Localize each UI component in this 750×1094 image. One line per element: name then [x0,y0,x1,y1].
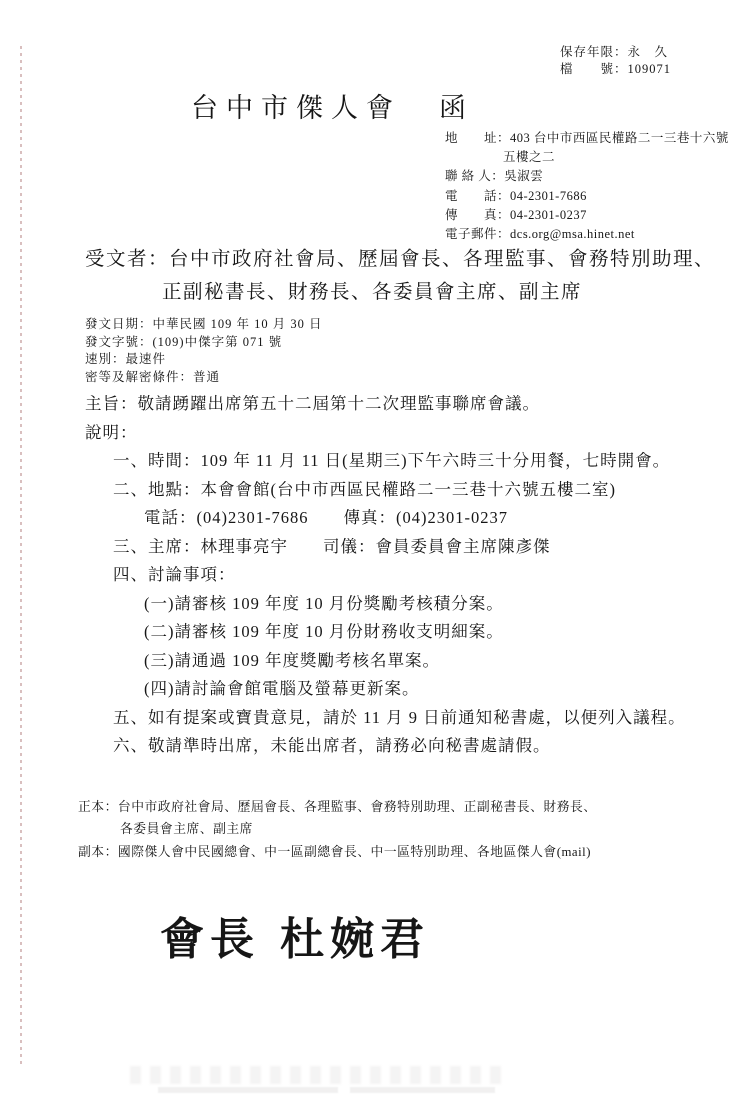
signature-title: 會長 [160,915,260,964]
fax-label: 傳 真： [445,208,510,222]
original-copy-line1: 正本：台中市政府社會局、歷屆會長、各理監事、會務特別助理、正副秘書長、財務長、 [78,796,597,818]
dispatch-speed: 速別：最速件 [85,351,323,369]
address-row: 地 址：403 台中市西區民權路二一三巷十六號 [445,129,729,148]
file-number-value: 109071 [628,62,672,76]
address-value-line1: 403 台中市西區民權路二一三巷十六號 [510,131,729,145]
fax-value: 04-2301-0237 [510,208,587,222]
address-value-line2: 五樓之二 [445,148,729,167]
preserve-period-row: 保存年限：永 久 [560,44,671,61]
phone-label: 電 話： [445,189,510,203]
email-value: dcs.org@msa.hinet.net [510,227,635,241]
email-label: 電子郵件： [445,227,510,241]
official-letter-page: 保存年限：永 久 檔 號：109071 台中市傑人會函 地 址：403 台中市西… [0,0,750,1094]
file-number-row: 檔 號：109071 [560,61,671,78]
signature-name: 杜婉君 [280,915,430,964]
bleed-through-ghost-strip-right [350,1087,495,1093]
item-1-time: 一、時間：109 年 11 月 11 日(星期三)下午六時三十分用餐，七時開會。 [85,447,686,476]
address-label: 地 址： [445,131,510,145]
dispatch-date: 發文日期：中華民國 109 年 10 月 30 日 [85,316,323,334]
original-copy-label: 正本： [78,800,118,814]
recipient-section: 受文者：台中市政府社會局、歷屆會長、各理監事、會務特別助理、 正副秘書長、財務長… [85,243,715,309]
doc-type: 函 [439,93,474,123]
recipient-label: 受文者： [85,249,169,270]
phone-value: 04-2301-7686 [510,189,587,203]
item-5-proposals: 五、如有提案或寶貴意見，請於 11 月 9 日前通知秘書處，以便列入議程。 [85,704,686,733]
explanation-heading: 說明： [85,419,686,448]
dispatch-security: 密等及解密條件：普通 [85,369,323,387]
carbon-copy-value: 國際傑人會中民國總會、中一區副總會長、中一區特別助理、各地區傑人會(mail) [118,845,591,859]
phone-row: 電 話：04-2301-7686 [445,187,729,206]
signature: 會長杜婉君 [160,903,430,967]
topic-2: (二)請審核 109 年度 10 月份財務收支明細案。 [85,618,686,647]
topic-4: (四)請討論會館電腦及螢幕更新案。 [85,675,686,704]
sender-contact-info: 地 址：403 台中市西區民權路二一三巷十六號 五樓之二 聯 絡 人：吳淑雲 電… [445,129,729,244]
subject-line: 主旨：敬請踴躍出席第五十二屆第十二次理監事聯席會議。 [85,390,686,419]
email-row: 電子郵件：dcs.org@msa.hinet.net [445,225,729,244]
org-name: 台中市傑人會 [191,93,401,123]
carbon-copy-line: 副本：國際傑人會中民國總會、中一區副總會長、中一區特別助理、各地區傑人會(mai… [78,841,597,863]
item-4-topics-heading: 四、討論事項： [85,561,686,590]
carbon-copy-label: 副本： [78,845,118,859]
recipient-value-line1: 台中市政府社會局、歷屆會長、各理監事、會務特別助理、 [169,249,715,270]
contact-person-row: 聯 絡 人：吳淑雲 [445,167,729,186]
dispatch-metadata: 發文日期：中華民國 109 年 10 月 30 日 發文字號：(109)中傑字第… [85,316,323,386]
item-2-phone-fax: 電話：(04)2301-7686 傳真：(04)2301-0237 [85,504,686,533]
item-3-chair: 三、主席：林理事亮宇 司儀：會員委員會主席陳彥傑 [85,533,686,562]
original-copy-value-line1: 台中市政府社會局、歷屆會長、各理監事、會務特別助理、正副秘書長、財務長、 [118,800,597,814]
item-2-place: 二、地點：本會會館(台中市西區民權路二一三巷十六號五樓二室) [85,476,686,505]
bleed-through-ghost-text [130,1066,505,1084]
item-6-attendance: 六、敬請準時出席，未能出席者，請務必向秘書處請假。 [85,732,686,761]
topic-1: (一)請審核 109 年度 10 月份獎勵考核積分案。 [85,590,686,619]
archive-info: 保存年限：永 久 檔 號：109071 [560,44,671,78]
fax-row: 傳 真：04-2301-0237 [445,206,729,225]
original-copy-value-line2: 各委員會主席、副主席 [78,818,597,840]
topic-3: (三)請通過 109 年度獎勵考核名單案。 [85,647,686,676]
preserve-period-value: 永 久 [628,45,669,59]
document-title: 台中市傑人會函 [191,86,474,125]
contact-person-value: 吳淑雲 [504,169,543,183]
recipient-line1: 受文者：台中市政府社會局、歷屆會長、各理監事、會務特別助理、 [85,243,715,276]
file-number-label: 檔 號： [560,62,628,76]
contact-person-label: 聯 絡 人： [445,169,504,183]
recipient-value-line2: 正副秘書長、財務長、各委員會主席、副主席 [85,276,715,309]
preserve-period-label: 保存年限： [560,45,628,59]
distribution-section: 正本：台中市政府社會局、歷屆會長、各理監事、會務特別助理、正副秘書長、財務長、 … [78,796,597,863]
left-edge-scan-marks [20,46,22,1068]
letter-body: 主旨：敬請踴躍出席第五十二屆第十二次理監事聯席會議。 說明： 一、時間：109 … [85,390,686,761]
dispatch-number: 發文字號：(109)中傑字第 071 號 [85,334,323,352]
bleed-through-ghost-strip-left [158,1087,338,1093]
